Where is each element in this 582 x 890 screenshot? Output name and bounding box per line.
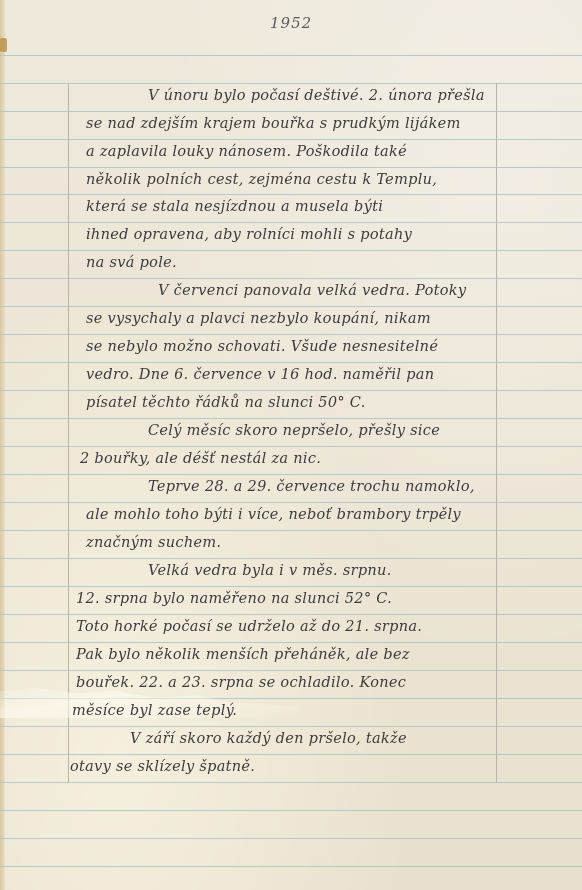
ruled-line: [0, 362, 582, 363]
ruled-line: [0, 390, 582, 391]
ruled-line: [0, 55, 582, 56]
ruled-line: [0, 558, 582, 559]
handwritten-line: na svá pole.: [86, 255, 177, 271]
ruled-line: [0, 278, 582, 279]
handwritten-line: V červenci panovala velká vedra. Potoky: [158, 283, 466, 299]
handwritten-line: značným suchem.: [86, 535, 221, 551]
ruled-line: [0, 642, 582, 643]
handwritten-line: Pak bylo několik menších přeháněk, ale b…: [76, 647, 410, 663]
handwritten-line: Toto horké počasí se udrželo až do 21. s…: [76, 619, 422, 635]
ruled-line: [0, 866, 582, 867]
ruled-line: [0, 754, 582, 755]
ruled-line: [0, 139, 582, 140]
ruled-line: [0, 334, 582, 335]
handwritten-line: 12. srpna bylo naměřeno na slunci 52° C.: [76, 591, 392, 607]
handwritten-line: ale mohlo toho býti i více, neboť brambo…: [86, 507, 461, 523]
right-margin-line: [496, 83, 497, 783]
handwritten-line: se vysychaly a plavci nezbylo koupání, n…: [86, 311, 431, 327]
ruled-line: [0, 670, 582, 671]
handwritten-line: měsíce byl zase teplý.: [72, 703, 237, 719]
handwritten-line: ihned opravena, aby rolníci mohli s pota…: [86, 227, 412, 243]
handwritten-line: písatel těchto řádků na slunci 50° C.: [86, 395, 366, 411]
handwritten-line: a zaplavila louky nánosem. Poškodila tak…: [86, 144, 407, 160]
ruled-line: [0, 167, 582, 168]
ruled-line: [0, 502, 582, 503]
handwritten-line: Velká vedra byla i v měs. srpnu.: [148, 563, 392, 579]
ruled-line: [0, 810, 582, 811]
handwritten-line: bouřek. 22. a 23. srpna se ochladilo. Ko…: [76, 675, 406, 691]
page-binding-edge: [0, 0, 5, 890]
ruled-line: [0, 83, 582, 84]
handwritten-line: několik polních cest, zejména cestu k Te…: [86, 172, 437, 188]
handwritten-line: 2 bouřky, ale déšť nestál za nic.: [80, 451, 321, 467]
ruled-line: [0, 194, 582, 195]
handwritten-line: se nad zdejším krajem bouřka s prudkým l…: [86, 116, 461, 132]
ruled-line: [0, 222, 582, 223]
handwritten-line: V únoru bylo počasí deštivé. 2. února př…: [148, 88, 485, 104]
notebook-page: 1952 V únoru bylo počasí deštivé. 2. úno…: [0, 0, 582, 890]
ruled-line: [0, 111, 582, 112]
ruled-line: [0, 306, 582, 307]
ruled-line: [0, 250, 582, 251]
handwritten-line: otavy se sklízely špatně.: [70, 759, 255, 775]
ruled-line: [0, 726, 582, 727]
handwritten-line: která se stala nesjízdnou a musela býti: [86, 199, 383, 215]
ruled-line: [0, 614, 582, 615]
ruled-line: [0, 838, 582, 839]
handwritten-line: Celý měsíc skoro nepršelo, přešly sice: [148, 423, 440, 439]
left-margin-line: [68, 83, 69, 783]
ruled-line: [0, 474, 582, 475]
ruled-line: [0, 530, 582, 531]
handwritten-line: se nebylo možno schovati. Všude nesnesit…: [86, 339, 438, 355]
paper-stain: [0, 38, 7, 52]
year-heading: 1952: [270, 14, 312, 32]
handwritten-line: V září skoro každý den pršelo, takže: [130, 731, 407, 747]
ruled-line: [0, 586, 582, 587]
handwritten-line: Teprve 28. a 29. července trochu namoklo…: [148, 479, 475, 495]
ruled-line: [0, 418, 582, 419]
ruled-line: [0, 446, 582, 447]
handwritten-line: vedro. Dne 6. července v 16 hod. naměřil…: [86, 367, 434, 383]
ruled-line: [0, 782, 582, 783]
